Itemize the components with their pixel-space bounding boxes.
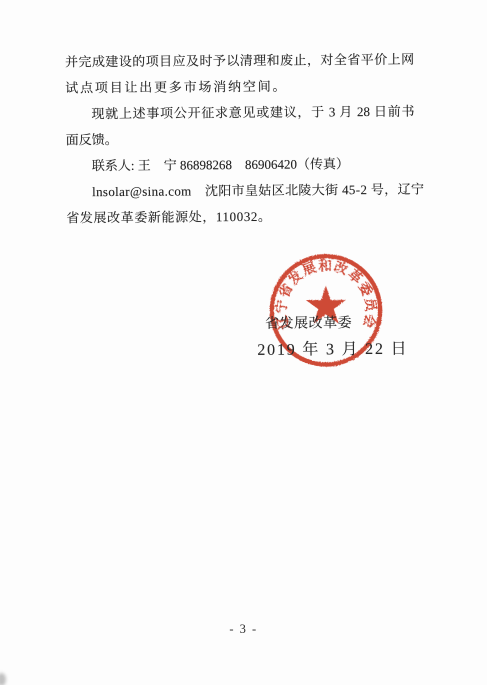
- body-line-2: 试点项目让出更多市场消纳空间。: [65, 73, 414, 102]
- body-line-3: 现就上述事项公开征求意见或建议，于 3 月 28 日前书: [65, 99, 414, 128]
- page-content: 并完成建设的项目应及时予以清理和废止，对全省平价上网 试点项目让出更多市场消纳空…: [0, 0, 487, 685]
- scan-artifact: [0, 673, 6, 685]
- page-number: - 3 -: [0, 622, 487, 637]
- signature-date: 2019 年 3 月 22 日: [257, 336, 408, 360]
- body-line-1: 并完成建设的项目应及时予以清理和废止，对全省平价上网: [65, 47, 414, 76]
- body-line-6: lnsolar@sina.com 沈阳市皇姑区北陵大街 45-2 号，辽宁: [66, 177, 415, 206]
- signature-organization: 省发展改革委: [265, 312, 352, 333]
- body-line-5: 联系人: 王 宁 86898268 86906420（传真）: [66, 151, 415, 180]
- scanned-document-page: 并完成建设的项目应及时予以清理和废止，对全省平价上网 试点项目让出更多市场消纳空…: [0, 0, 487, 685]
- body-line-7: 省发展改革委新能源处，110032。: [66, 203, 415, 232]
- body-text: 并完成建设的项目应及时予以清理和废止，对全省平价上网 试点项目让出更多市场消纳空…: [65, 47, 415, 232]
- body-line-4: 面反馈。: [66, 125, 415, 154]
